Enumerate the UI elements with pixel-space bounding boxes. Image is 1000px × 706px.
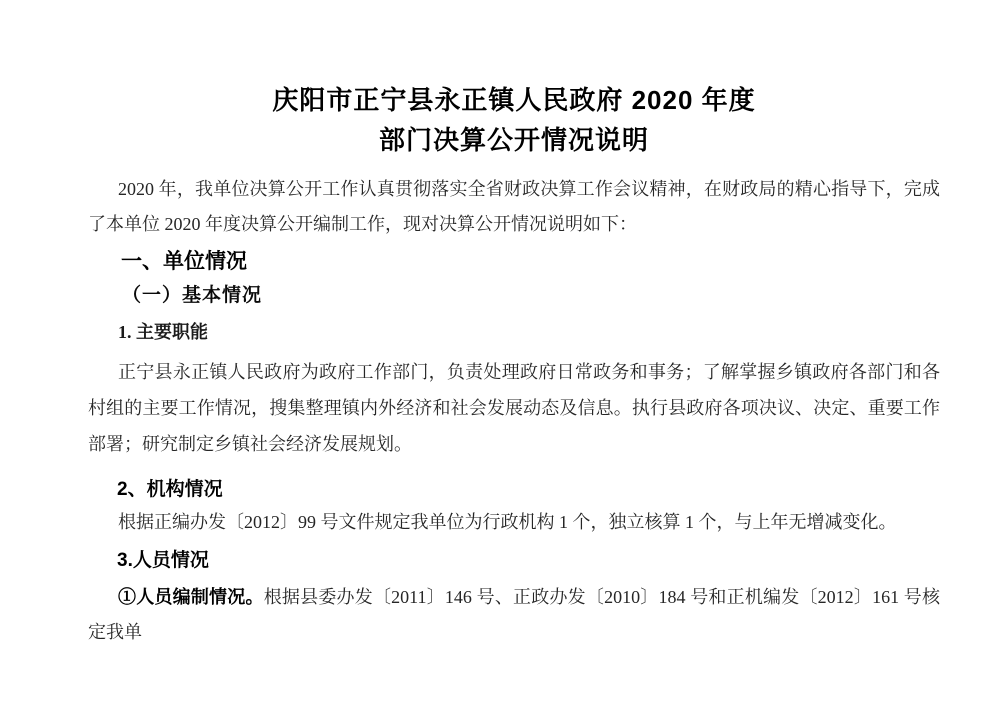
document-page: 庆阳市正宁县永正镇人民政府 2020 年度 部门决算公开情况说明 2020 年，… <box>0 0 1000 706</box>
document-title-line2: 部门决算公开情况说明 <box>88 120 940 160</box>
intro-paragraph: 2020 年，我单位决算公开工作认真贯彻落实全省财政决算工作会议精神，在财政局的… <box>88 172 940 242</box>
item-heading-personnel: 3.人员情况 <box>88 548 940 574</box>
item-heading-organization: 2、机构情况 <box>88 477 940 503</box>
paragraph-main-functions: 正宁县永正镇人民政府为政府工作部门，负责处理政府日常政务和事务；了解掌握乡镇政府… <box>88 354 940 462</box>
paragraph-personnel: ①人员编制情况。根据县委办发〔2011〕146 号、正政办发〔2010〕184 … <box>88 580 940 650</box>
item-heading-main-functions: 1. 主要职能 <box>88 319 940 345</box>
personnel-lead-bold: ①人员编制情况。 <box>118 587 264 607</box>
subsection-heading-basic-info: （一）基本情况 <box>88 283 940 309</box>
paragraph-organization: 根据正编办发〔2012〕99 号文件规定我单位为行政机构 1 个，独立核算 1 … <box>88 505 940 540</box>
document-title-line1: 庆阳市正宁县永正镇人民政府 2020 年度 <box>88 80 940 120</box>
document-title: 庆阳市正宁县永正镇人民政府 2020 年度 部门决算公开情况说明 <box>88 80 940 160</box>
section-heading-unit-info: 一、单位情况 <box>88 248 940 276</box>
